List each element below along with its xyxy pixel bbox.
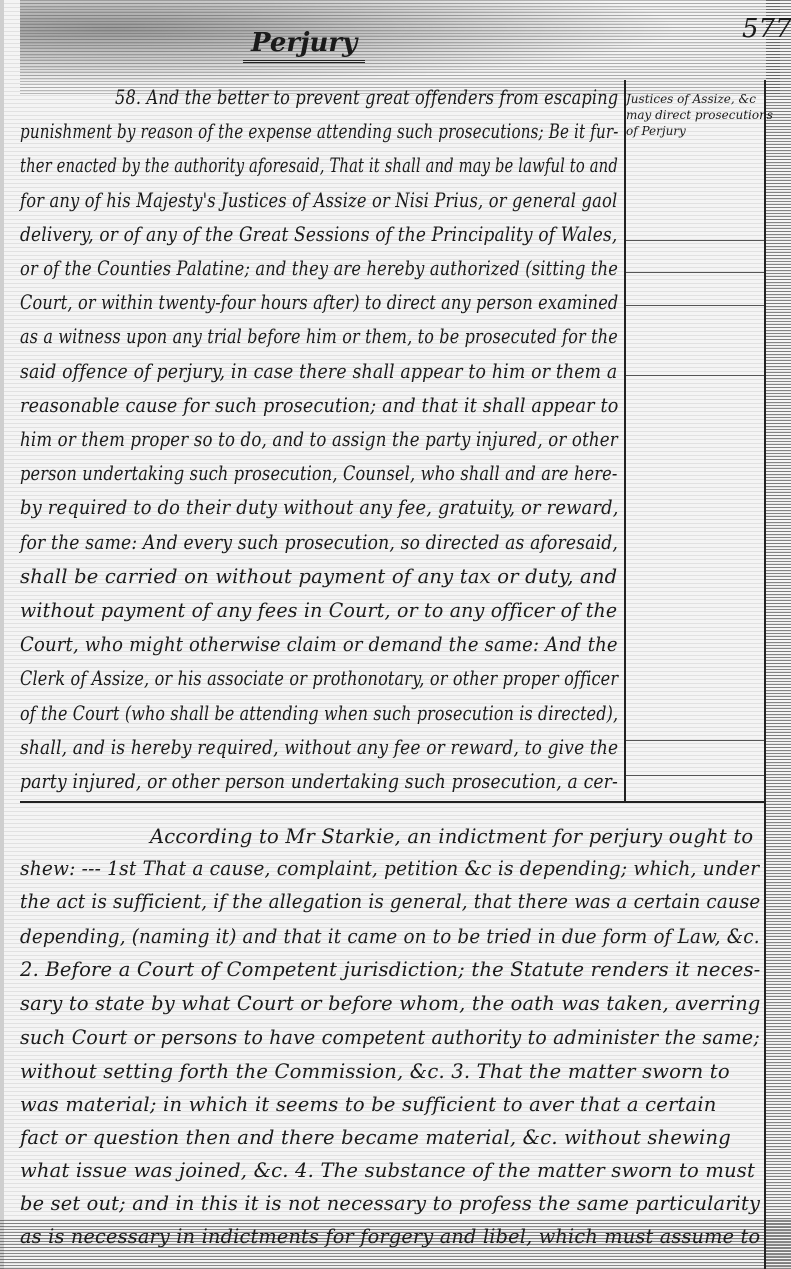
text-line: shall be carried on without payment of a… [20,565,617,588]
text-line: or of the Counties Palatine; and they ar… [20,257,618,280]
text-line: 2. Before a Court of Competent jurisdict… [20,958,760,981]
margin-ledger-line [626,375,764,376]
scan-noise-top [20,0,780,95]
margin-ledger-line [626,272,764,273]
text-line: Court, who might otherwise claim or dema… [20,633,618,656]
text-line: Clerk of Assize, or his associate or pro… [20,667,618,690]
text-line: shew: --- 1st That a cause, complaint, p… [20,857,759,880]
text-line: shall, and is hereby required, without a… [20,736,618,759]
text-line: person undertaking such prosecution, Cou… [20,462,617,485]
text-line: fact or question then and there became m… [20,1126,731,1149]
text-line: was material; in which it seems to be su… [20,1093,717,1116]
text-line: 58. And the better to prevent great offe… [115,86,618,109]
text-line: depending, (naming it) and that it came … [20,925,760,948]
text-line: be set out; and in this it is not necess… [20,1192,760,1215]
margin-rule-left [624,80,626,802]
text-line: as a witness upon any trial before him o… [20,325,618,348]
margin-note-line: may direct prosecutions [626,108,773,123]
text-line: such Court or persons to have competent … [20,1026,760,1049]
text-line: reasonable cause for such prosecution; a… [20,394,619,417]
section-divider [20,801,766,803]
page-number: 577 [742,14,791,44]
text-line: punishment by reason of the expense atte… [20,120,618,143]
text-line: by required to do their duty without any… [20,496,619,519]
margin-ledger-line [626,240,764,241]
text-line: the act is sufficient, if the allegation… [20,890,760,913]
text-line: what issue was joined, &c. 4. The substa… [20,1159,755,1182]
text-line: for any of his Majesty's Justices of Ass… [20,189,617,212]
text-line: for the same: And every such prosecution… [20,531,618,554]
text-line: without payment of any fees in Court, or… [20,599,617,622]
text-line: ther enacted by the authority aforesaid,… [20,154,618,177]
text-line: According to Mr Starkie, an indictment f… [150,825,753,848]
margin-ledger-line [626,305,764,306]
text-line: delivery, or of any of the Great Session… [20,223,617,246]
page-title: Perjury [243,28,365,63]
margin-note-line: Justices of Assize, &c [626,92,756,107]
text-line: of the Court (who shall be attending whe… [20,702,618,725]
text-line: said offence of perjury, in case there s… [20,360,617,383]
text-line: him or them proper so to do, and to assi… [20,428,618,451]
text-line: without setting forth the Commission, &c… [20,1060,730,1083]
margin-ledger-line [626,775,764,776]
scan-noise-right [766,0,791,1269]
margin-note-line: of Perjury [626,124,686,139]
text-line: party injured, or other person undertaki… [20,770,618,793]
margin-rule-right [764,80,766,1269]
text-line: sary to state by what Court or before wh… [20,992,761,1015]
text-line: as is necessary in indictments for forge… [20,1225,760,1248]
margin-ledger-line [626,740,764,741]
text-line: Court, or within twenty-four hours after… [20,291,618,314]
